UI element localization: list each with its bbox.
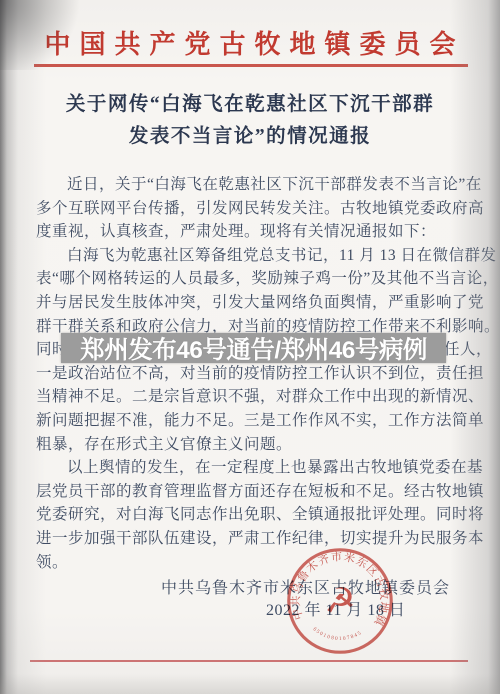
overlay-caption-text: 郑州发布46号通告/郑州46号病例 <box>80 331 427 366</box>
body-line: 粗暴，存在形式主义官僚主义问题。 <box>36 433 472 457</box>
document-body: 近日，关于“白海飞在乾惠社区下沉干部群发表不当言论”在多个互联网平台传播，引发网… <box>36 173 472 574</box>
seal-serial-holder: 6501080107845 <box>312 626 364 642</box>
hammer-sickle-icon: ☭ <box>324 582 355 621</box>
body-line: 近日，关于“白海飞在乾惠社区下沉干部群发表不当言论”在 <box>36 173 472 197</box>
body-line: 层党员干部的教育管理监督方面还存在短板和不足。经古牧地镇 <box>36 480 472 504</box>
body-line: 多个互联网平台传播，引发网民转发关注。古牧地镇党委政府高 <box>36 197 472 221</box>
photo-edge-shadow-bottom <box>0 674 500 694</box>
body-line: 度重视，认真核查，严肃处理。现将有关情况通报如下： <box>36 220 472 244</box>
body-line: 并与居民发生肢体冲突，引发大量网络负面舆情，严重影响了党 <box>36 291 472 315</box>
body-line: 以上舆情的发生，在一定程度上也暴露出古牧地镇党委在基 <box>36 456 472 480</box>
letterhead-org-name: 中国共产党古牧地镇委员会 <box>0 24 500 61</box>
letterhead-red-rule <box>34 64 468 67</box>
body-line: 领。 <box>36 551 472 575</box>
body-line: 白海飞为乾惠社区筹备组党总支书记，11 月 13 日在微信群发 <box>36 244 472 268</box>
body-line: 当精神不足。二是宗旨意识不强，对群众工作中出现的新情况、 <box>36 385 472 409</box>
doc-title-line1: 关于网传“白海飞在乾惠社区下沉干部群 <box>0 88 500 116</box>
seal-serial-number: 6501080107845 <box>312 626 364 642</box>
doc-title-line2: 发表不当言论”的情况通报 <box>0 120 500 148</box>
body-line: 新问题把握不准，能力不足。三是工作作风不实，工作方法简单 <box>36 409 472 433</box>
official-seal: 中共乌鲁木齐市米东区古牧地镇委员会 6501080107845 ☭ <box>282 543 398 659</box>
footer-red-rule <box>30 660 468 662</box>
body-line: 进一步加强干部队伍建设，严肃工作纪律，切实提升为民服务本 <box>36 527 472 551</box>
document-photo: 中国共产党古牧地镇委员会 关于网传“白海飞在乾惠社区下沉干部群 发表不当言论”的… <box>0 0 500 694</box>
body-line: 党委研究，对白海飞同志作出免职、全镇通报批评处理。同时将 <box>36 503 472 527</box>
body-line: 表“哪个网格转运的人员最多，奖励辣子鸡一份”及其他不当言论， <box>36 267 472 291</box>
censor-overlay-bar: 郑州发布46号通告/郑州46号病例 <box>61 333 446 363</box>
